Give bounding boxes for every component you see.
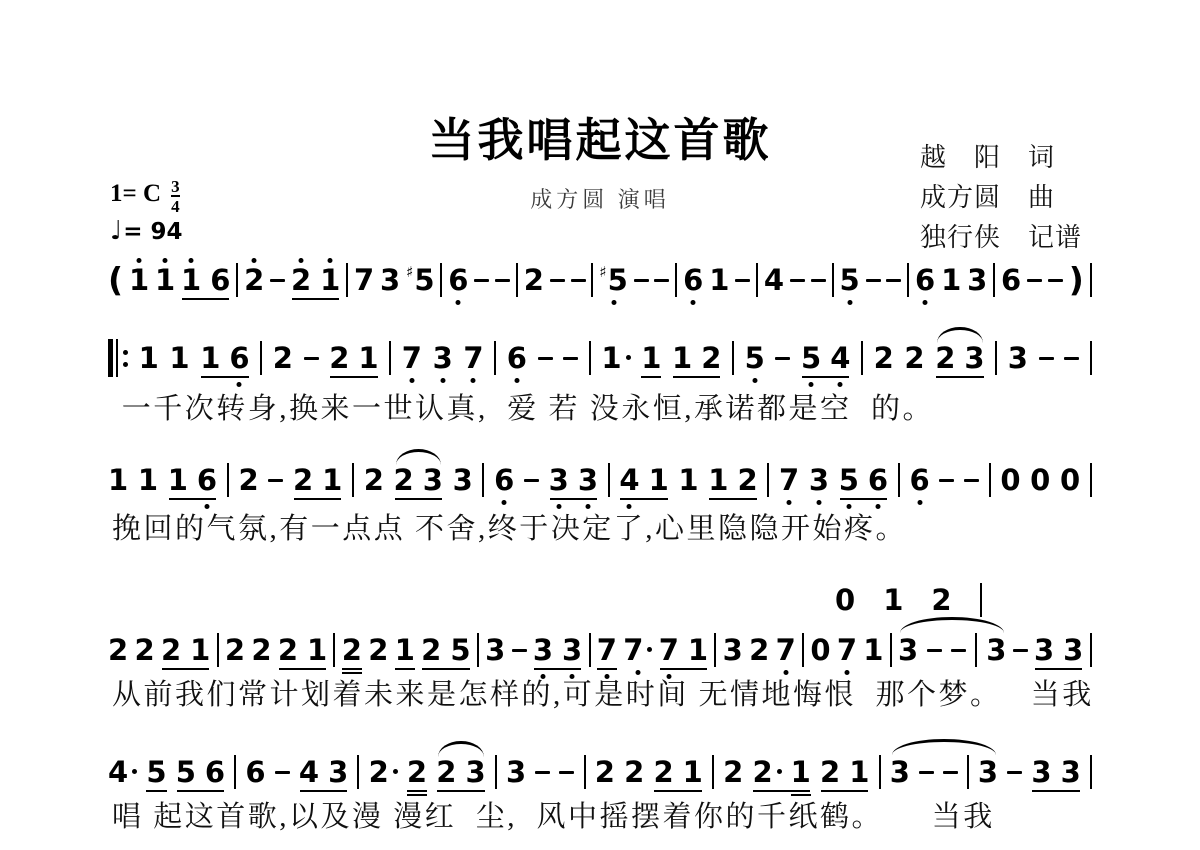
duration-dash	[1048, 279, 1063, 282]
note-digit: 1	[709, 265, 729, 295]
octave-dot-low	[923, 300, 928, 305]
note-group: 21	[329, 343, 378, 373]
octave-dot-high	[328, 258, 333, 263]
note: 7	[402, 343, 422, 373]
time-numerator: 3	[171, 178, 180, 195]
note: 5	[176, 757, 196, 787]
duration-dash	[1007, 771, 1022, 774]
note: ♯5	[406, 265, 434, 295]
note-digit: 1	[129, 265, 149, 295]
note: 1	[849, 757, 869, 787]
note-digit: 7	[463, 343, 483, 373]
note-digit: 1	[200, 343, 220, 373]
note: 2	[752, 757, 781, 787]
note: 1	[200, 343, 220, 373]
note-digit: 5	[414, 265, 434, 295]
note-digit: 0	[1030, 465, 1050, 495]
duration-dash	[524, 479, 539, 482]
repeat-dot	[123, 350, 128, 355]
note: 5	[450, 635, 470, 665]
octave-dot-low	[514, 378, 519, 383]
note: 2	[238, 465, 258, 495]
note-group: 21	[278, 635, 327, 665]
note-digit: 0	[835, 585, 855, 615]
note: 2	[723, 757, 743, 787]
note-digit: 1	[849, 757, 869, 787]
note-group: 21	[161, 635, 210, 665]
duration-dash	[1013, 649, 1028, 652]
note: 1	[358, 343, 378, 373]
duration-dash	[811, 279, 826, 282]
note-digit: 2	[342, 635, 362, 665]
note-digit: 1	[322, 465, 342, 495]
note-digit: 3	[723, 635, 743, 665]
note: 4	[108, 757, 137, 787]
note-digit: 4	[764, 265, 784, 295]
note: 1	[708, 465, 728, 495]
note-digit: 3	[465, 757, 485, 787]
note: 1	[791, 757, 811, 787]
note: 1	[155, 265, 175, 295]
barline	[591, 263, 593, 297]
note: 7	[779, 465, 799, 495]
note: 2	[524, 265, 544, 295]
note: 3	[1063, 635, 1083, 665]
note-digit: 3	[380, 265, 400, 295]
barline	[1090, 341, 1092, 375]
note-digit: 2	[134, 635, 154, 665]
note: 2	[701, 343, 721, 373]
octave-dot-high	[189, 258, 194, 263]
note-digit: 1	[683, 757, 703, 787]
note-digit: 3	[485, 635, 505, 665]
note-digit: 2	[752, 757, 772, 787]
note-digit: 1	[649, 465, 669, 495]
note-digit: 3	[1034, 635, 1054, 665]
note: 2	[291, 265, 311, 295]
barline	[217, 633, 219, 667]
barline	[477, 633, 479, 667]
sheet-music-page: 当我唱起这首歌 成方圆 演唱 越 阳 词 成方圆 曲 独行侠 记谱 1= C 3…	[0, 0, 1200, 850]
note-digit: 7	[597, 635, 617, 665]
duration-dash	[775, 357, 790, 360]
note-digit: 4	[830, 343, 850, 373]
duration-dash	[951, 649, 966, 652]
note-digit: 4	[619, 465, 639, 495]
note: 3	[967, 265, 987, 295]
note-group: 21	[653, 757, 702, 787]
barline	[675, 263, 677, 297]
note: 2	[278, 635, 298, 665]
note: 3	[465, 757, 485, 787]
barline	[967, 755, 969, 789]
note: 4	[764, 265, 784, 295]
note: 2	[931, 585, 951, 615]
note: 6	[1001, 265, 1021, 295]
duration-dash	[270, 279, 285, 282]
note-digit: 2	[278, 635, 298, 665]
note: 7	[659, 635, 679, 665]
note-digit: 2	[421, 635, 441, 665]
duration-dash	[550, 279, 565, 282]
note: 0	[1030, 465, 1050, 495]
barline	[1090, 633, 1092, 667]
note: 3	[578, 465, 598, 495]
note: 7	[776, 635, 796, 665]
octave-dot-high	[137, 258, 142, 263]
barline	[260, 341, 262, 375]
note: 2	[624, 757, 644, 787]
barline	[898, 463, 900, 497]
note-digit: 7	[402, 343, 422, 373]
note-digit: 2	[723, 757, 743, 787]
note: 3	[485, 635, 505, 665]
note: 1	[863, 635, 883, 665]
note: 1	[307, 635, 327, 665]
octave-dot-high	[163, 258, 168, 263]
note-digit: 2	[904, 343, 924, 373]
barline	[352, 463, 354, 497]
note: 2	[737, 465, 757, 495]
time-signature: 3 4	[171, 178, 180, 215]
note-digit: 2	[161, 635, 181, 665]
note: 1	[941, 265, 961, 295]
note: 1	[641, 343, 661, 373]
note-digit: 6	[494, 465, 514, 495]
note: 1	[688, 635, 708, 665]
note-group: 12	[708, 465, 757, 495]
duration-dash	[1027, 279, 1042, 282]
note-digit: 0	[1060, 465, 1080, 495]
note-group: 25	[421, 635, 470, 665]
barline	[589, 341, 591, 375]
note-digit: 1	[791, 757, 811, 787]
barline	[516, 263, 518, 297]
barline	[890, 633, 892, 667]
score-line-verse4: 4556643222332221221213333	[108, 754, 1092, 790]
parenthesis: )	[1069, 265, 1084, 295]
note-digit: 2	[244, 265, 264, 295]
barline	[767, 463, 769, 497]
note: 1	[320, 265, 340, 295]
duration-dash	[886, 279, 901, 282]
note-digit: 2	[394, 465, 414, 495]
note: 2	[935, 343, 955, 373]
note-group: 71	[659, 635, 708, 665]
duration-dash	[512, 649, 527, 652]
note-digit: 4	[108, 757, 128, 787]
note-digit: 5	[801, 343, 821, 373]
note-digit: 1	[672, 343, 692, 373]
octave-dot-low	[409, 378, 414, 383]
credits-block: 越 阳 词 成方圆 曲 独行侠 记谱	[920, 138, 1082, 258]
note: 2	[904, 343, 924, 373]
note-digit: 5	[745, 343, 765, 373]
note-digit: 7	[623, 635, 643, 665]
barline	[980, 583, 982, 617]
note-group: 21	[820, 757, 869, 787]
barline	[584, 755, 586, 789]
note: 2	[421, 635, 441, 665]
barline	[907, 263, 909, 297]
barline	[227, 463, 229, 497]
note: 0	[810, 635, 830, 665]
note-digit: 1	[863, 635, 883, 665]
note-digit: 6	[229, 343, 249, 373]
note-digit: 2	[368, 635, 388, 665]
note-digit: 1	[138, 465, 158, 495]
note-digit: 7	[779, 465, 799, 495]
note: 3	[549, 465, 569, 495]
note-group: 56	[839, 465, 888, 495]
note-digit: 0	[1000, 465, 1020, 495]
quarter-note-icon: ♩	[110, 216, 122, 246]
note: 1	[683, 757, 703, 787]
note: 4	[830, 343, 850, 373]
note: 0	[1000, 465, 1020, 495]
note: 3	[423, 465, 443, 495]
note-digit: 4	[299, 757, 319, 787]
note: 3	[453, 465, 473, 495]
note: 5	[839, 265, 859, 295]
octave-dot-low	[816, 500, 821, 505]
note-digit: 1	[688, 635, 708, 665]
note: 6	[909, 465, 929, 495]
note: 2	[820, 757, 840, 787]
note-group: 16	[181, 265, 230, 295]
note-digit: 6	[205, 757, 225, 787]
barline	[975, 633, 977, 667]
note: 2	[653, 757, 673, 787]
duration-dash	[927, 649, 942, 652]
note-digit: 1	[181, 265, 201, 295]
note: 5	[146, 757, 166, 787]
octave-dot-low	[440, 378, 445, 383]
barline	[832, 263, 834, 297]
note-digit: 3	[423, 465, 443, 495]
note: 3	[890, 757, 910, 787]
note-digit: 3	[964, 343, 984, 373]
barline	[712, 755, 714, 789]
note-digit: 6	[1001, 265, 1021, 295]
note: 1	[649, 465, 669, 495]
note: 5	[839, 465, 859, 495]
note-digit: 6	[197, 465, 217, 495]
note: 1	[129, 265, 149, 295]
note-group: 56	[176, 757, 225, 787]
note: 3	[964, 343, 984, 373]
note-digit: 3	[809, 465, 829, 495]
note: 2	[436, 757, 456, 787]
note-group: 16	[168, 465, 217, 495]
note-digit: 5	[176, 757, 196, 787]
octave-dot-low	[752, 378, 757, 383]
note: 5	[801, 343, 821, 373]
note: 6	[683, 265, 703, 295]
duration-dash	[943, 771, 958, 774]
note: 2	[293, 465, 313, 495]
note-digit: 5	[608, 265, 628, 295]
octave-dot-low	[611, 300, 616, 305]
note: 2	[329, 343, 349, 373]
note: 6	[507, 343, 527, 373]
note-digit: 2	[251, 635, 271, 665]
duration-dash	[268, 479, 283, 482]
note: 2	[108, 635, 128, 665]
note: 2	[161, 635, 181, 665]
octave-dot-low	[502, 500, 507, 505]
note-digit: 2	[653, 757, 673, 787]
note-digit: 1	[883, 585, 903, 615]
tempo-marking: ♩= 94	[110, 216, 183, 246]
note-digit: 1	[641, 343, 661, 373]
note: 2	[225, 635, 245, 665]
barline	[714, 633, 716, 667]
note-digit: 2	[931, 585, 951, 615]
note: 6	[197, 465, 217, 495]
duration-dash	[1064, 357, 1079, 360]
note: 3	[562, 635, 582, 665]
sharp-icon: ♯	[599, 257, 606, 287]
barline	[357, 755, 359, 789]
note-digit: 2	[935, 343, 955, 373]
note-digit: 2	[293, 465, 313, 495]
duration-dash	[571, 279, 586, 282]
note: 3	[1061, 757, 1081, 787]
barline	[989, 463, 991, 497]
key-signature: 1= C 3 4	[110, 180, 180, 215]
note-digit: 7	[776, 635, 796, 665]
duration-dash	[474, 279, 489, 282]
note: 1	[395, 635, 415, 665]
repeat-thin-bar	[116, 339, 118, 377]
duration-dash	[559, 771, 574, 774]
note-group: 33	[533, 635, 582, 665]
slur	[900, 617, 1004, 633]
note-digit: 2	[524, 265, 544, 295]
note-digit: 3	[549, 465, 569, 495]
note-digit: 2	[273, 343, 293, 373]
note-digit: 1	[108, 465, 128, 495]
note: 6	[494, 465, 514, 495]
note-digit: 3	[967, 265, 987, 295]
note-digit: 6	[909, 465, 929, 495]
note: 2	[368, 635, 388, 665]
lyrics-line-3: 从前我们常计划着未来是怎样的,可是时间 无情地悔恨 那个梦。 当我	[112, 672, 1094, 713]
duration-dash	[790, 279, 805, 282]
barline	[993, 263, 995, 297]
key-label: 1= C	[110, 180, 161, 208]
barline	[389, 341, 391, 375]
note: 2	[874, 343, 894, 373]
note: 3	[1031, 757, 1051, 787]
note: 3	[723, 635, 743, 665]
note: 3	[1034, 635, 1054, 665]
octave-dot-high	[299, 258, 304, 263]
octave-dot-low	[471, 378, 476, 383]
note-digit: 2	[329, 343, 349, 373]
barline	[1090, 263, 1092, 297]
note: 7	[463, 343, 483, 373]
begin-repeat-sign	[108, 339, 128, 377]
note: 2	[134, 635, 154, 665]
duration-dash	[275, 771, 290, 774]
augmentation-dot	[777, 769, 782, 774]
lyrics-line-4: 唱 起这首歌,以及漫 漫红 尘, 风中摇摆着你的千纸鹤。 当我	[112, 794, 995, 835]
note: 2	[273, 343, 293, 373]
note-digit: 3	[533, 635, 553, 665]
note-group: 33	[549, 465, 598, 495]
note: 0	[1060, 465, 1080, 495]
duration-dash	[563, 357, 578, 360]
note-digit: 2	[225, 635, 245, 665]
barline	[495, 755, 497, 789]
note: ♯5	[599, 265, 627, 295]
note: 1	[168, 465, 188, 495]
duration-dash	[939, 479, 954, 482]
barline	[589, 633, 591, 667]
note: 1	[138, 465, 158, 495]
note-group: 33	[898, 633, 1006, 667]
duration-dash	[304, 357, 319, 360]
note: 2	[749, 635, 769, 665]
note: 6	[915, 265, 935, 295]
note-digit: 6	[448, 265, 468, 295]
duration-dash	[964, 479, 979, 482]
note: 1	[883, 585, 903, 615]
note-digit: 3	[890, 757, 910, 787]
slur	[892, 739, 996, 755]
note-digit: 1	[601, 343, 621, 373]
note: 1	[181, 265, 201, 295]
note: 6	[448, 265, 468, 295]
lyrics-line-1: 一千次转身,换来一世认真, 爱 若 没永恒,承诺都是空 的。	[112, 386, 934, 427]
barline	[1090, 755, 1092, 789]
note-group: 23	[436, 757, 485, 787]
note: 6	[245, 757, 265, 787]
note: 3	[978, 757, 998, 787]
note-digit: 2	[595, 757, 615, 787]
note-digit: 2	[436, 757, 456, 787]
note: 2	[342, 635, 362, 665]
barline	[995, 341, 997, 375]
barline	[1090, 463, 1092, 497]
score-line-verse3: 222122212212533377713270713333	[108, 632, 1092, 668]
repeat-dot	[123, 362, 128, 367]
note-digit: 1	[678, 465, 698, 495]
score-line-verse1: 11162217376111255422233	[108, 340, 1092, 376]
score-line-intro: (111622173♯562♯561456136)	[108, 262, 1092, 298]
note-digit: 3	[578, 465, 598, 495]
note-digit: 1	[168, 465, 188, 495]
note-group: 23	[935, 343, 984, 373]
octave-dot-low	[847, 300, 852, 305]
note-digit: 7	[354, 265, 374, 295]
note: 1	[190, 635, 210, 665]
note-digit: 3	[1008, 343, 1028, 373]
duration-dash	[535, 771, 550, 774]
note-digit: 2	[874, 343, 894, 373]
note: 6	[229, 343, 249, 373]
note-group: 33	[890, 755, 998, 789]
barline	[346, 263, 348, 297]
note: 1	[322, 465, 342, 495]
note-digit: 2	[749, 635, 769, 665]
note: 6	[868, 465, 888, 495]
note-digit: 3	[506, 757, 526, 787]
note-digit: 2	[291, 265, 311, 295]
note: 2	[394, 465, 414, 495]
